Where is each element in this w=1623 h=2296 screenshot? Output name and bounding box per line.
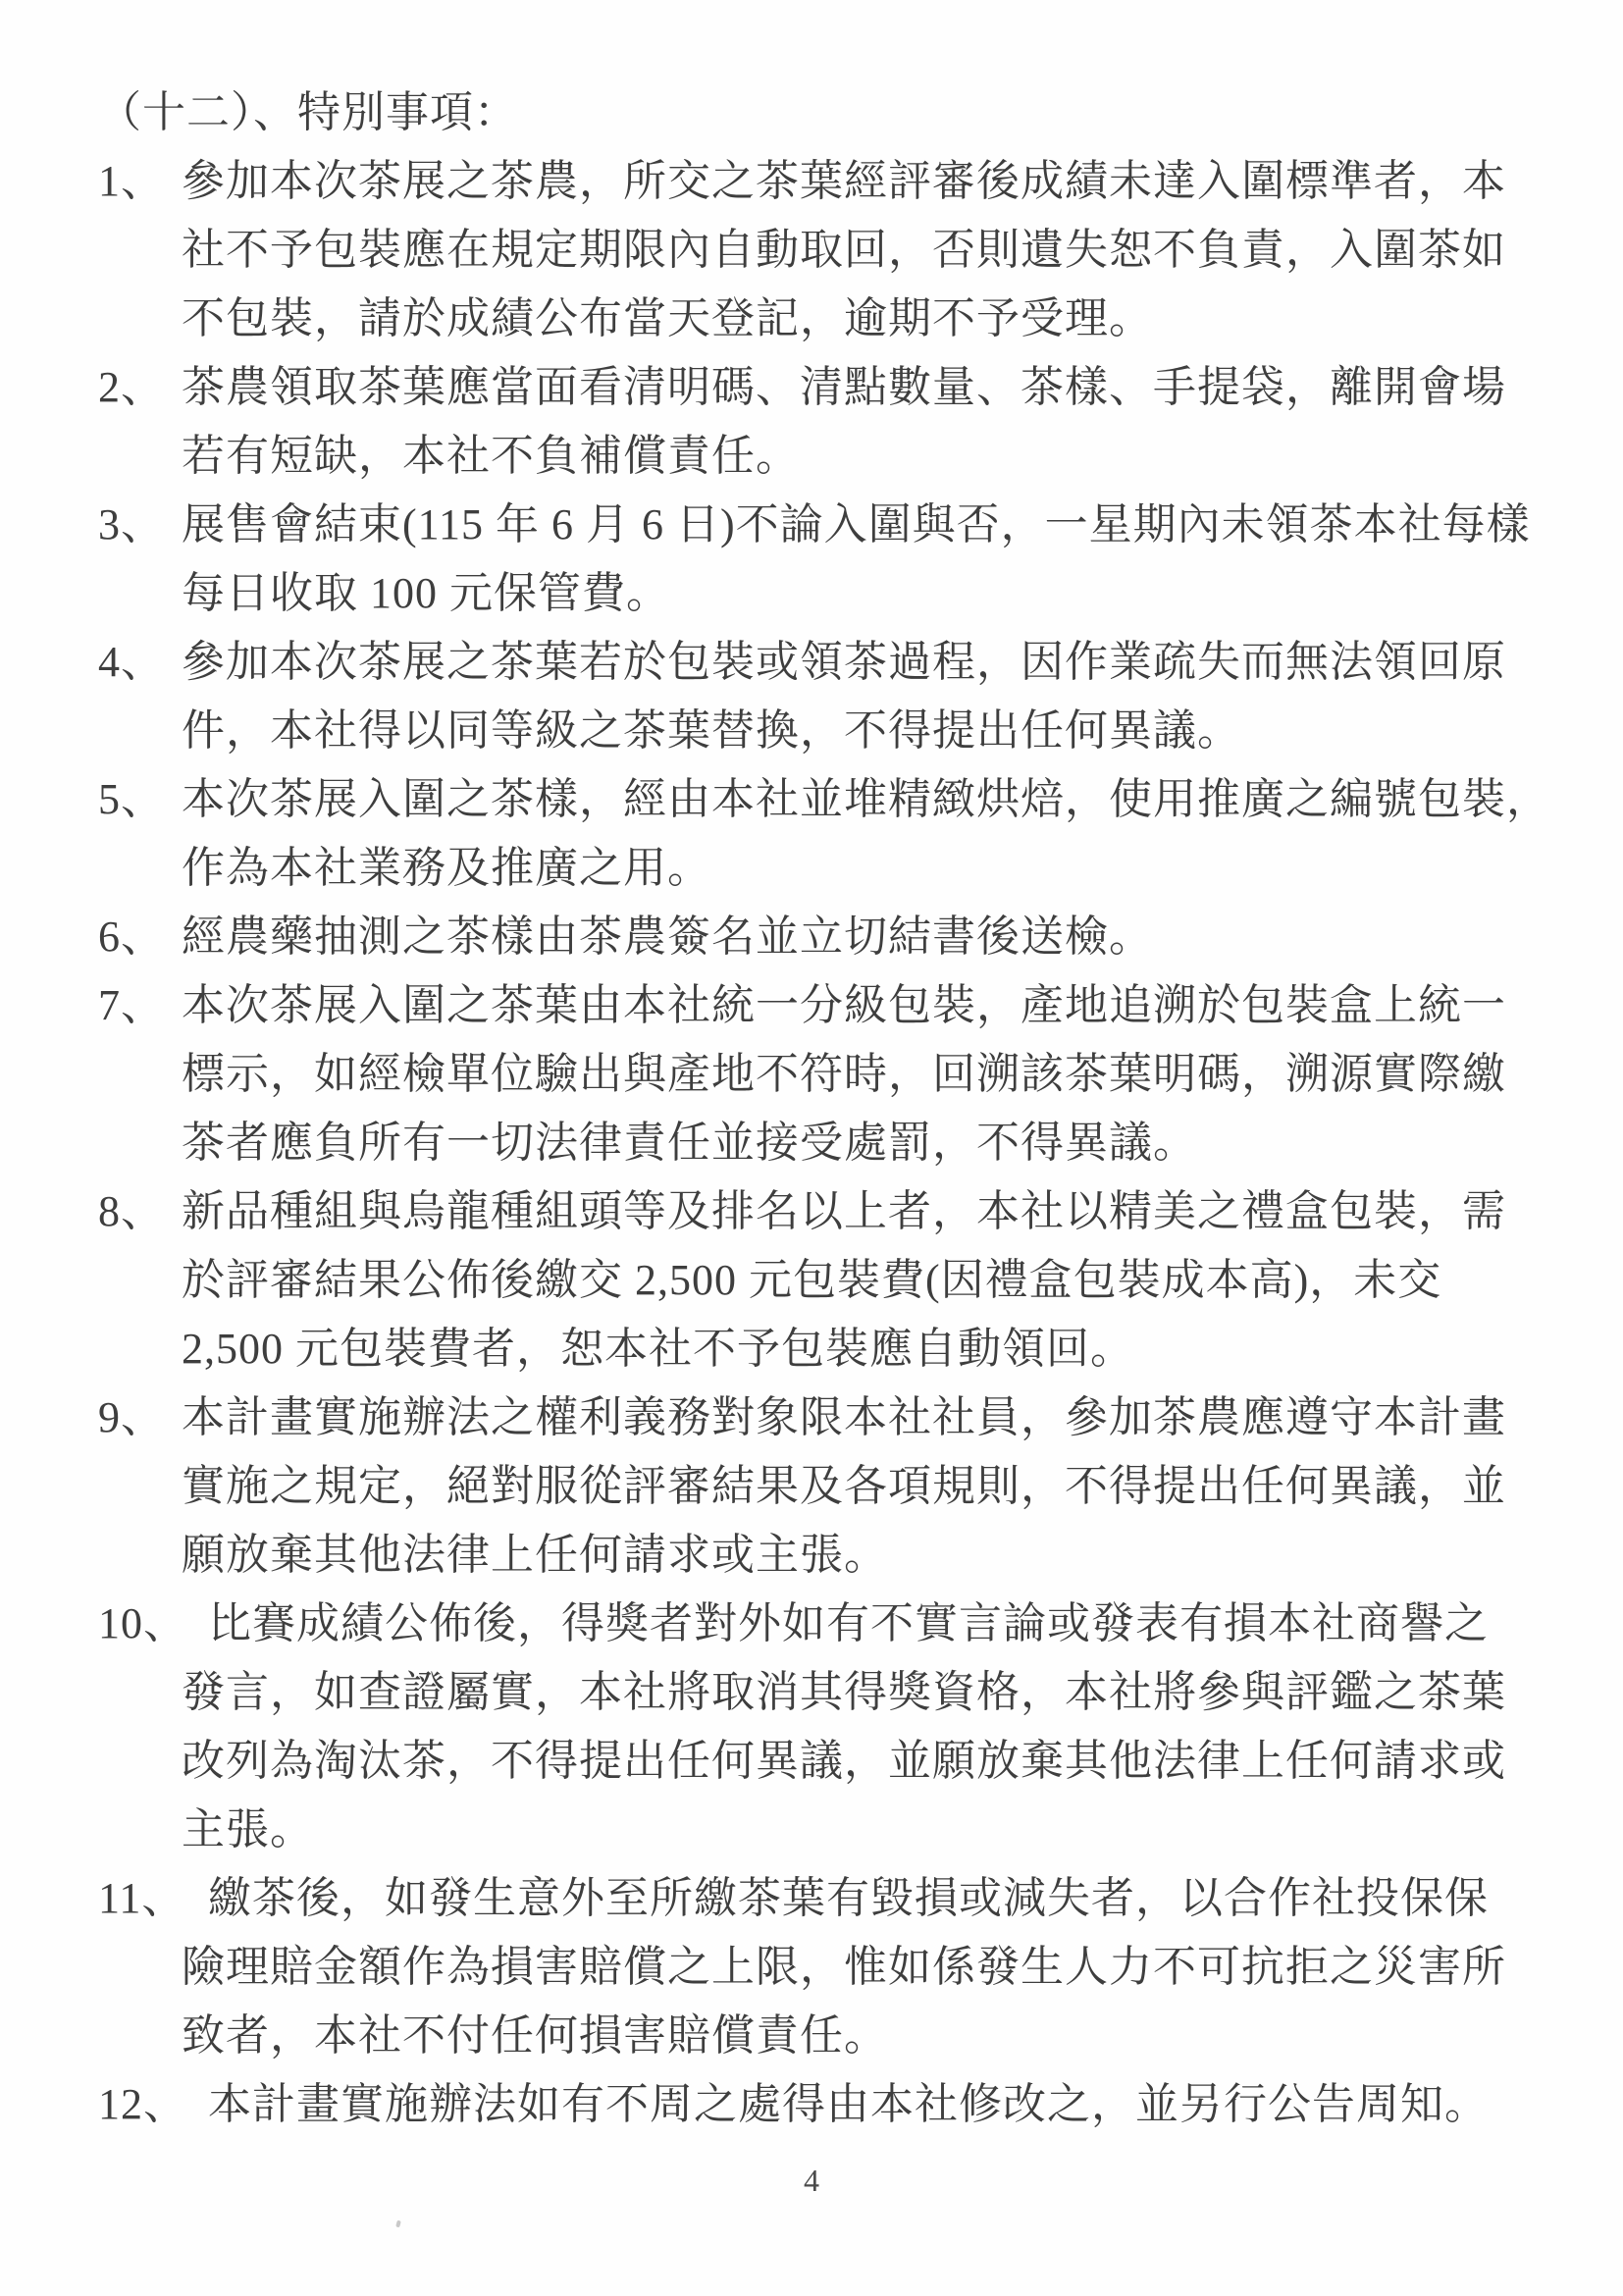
item-text: 2,500 元包裝費者，恕本社不予包裝應自動領回。 — [182, 1325, 1134, 1373]
item-line: 改列為淘汰茶，不得提出任何異議，並願放棄其他法律上任何請求或 — [98, 1727, 1541, 1796]
item-number: 3、 — [98, 491, 182, 559]
item-text: 願放棄其他法律上任何請求或主張。 — [182, 1531, 888, 1579]
item-line: 作為本社業務及推廣之用。 — [98, 834, 1541, 903]
item-number: 10、 — [98, 1590, 208, 1658]
item-line: 險理賠金額作為損害賠償之上限，惟如係發生人力不可抗拒之災害所 — [98, 1933, 1541, 2002]
item-line: 每日收取 100 元保管費。 — [98, 559, 1541, 628]
item-line: 致者，本社不付任何損害賠償責任。 — [98, 2002, 1541, 2070]
item-number: 11、 — [98, 1864, 208, 1933]
item-line: 9、本計畫實施辦法之權利義務對象限本社社員，參加茶農應遵守本計畫 — [98, 1383, 1541, 1452]
item-text: 不包裝，請於成績公布當天登記，逾期不予受理。 — [182, 294, 1153, 342]
item-text: 參加本次茶展之茶農，所交之茶葉經評審後成績未達入圍標準者，本 — [182, 157, 1506, 205]
item-text: 參加本次茶展之茶葉若於包裝或領茶過程，因作業疏失而無法領回原 — [182, 638, 1506, 686]
item-number: 9、 — [98, 1383, 182, 1452]
item-line: 實施之規定，絕對服從評審結果及各項規則，不得提出任何異議，並 — [98, 1452, 1541, 1521]
item-number: 6、 — [98, 903, 182, 971]
item-line: 社不予包裝應在規定期限內自動取回，否則遺失恕不負責，入圍茶如 — [98, 216, 1541, 285]
item-text: 新品種組與烏龍種組頭等及排名以上者，本社以精美之禮盒包裝，需 — [182, 1187, 1506, 1235]
item-text: 社不予包裝應在規定期限內自動取回，否則遺失恕不負責，入圍茶如 — [182, 226, 1506, 274]
document-content: （十二）、特別事項： 1、參加本次茶展之茶農，所交之茶葉經評審後成績未達入圍標準… — [98, 78, 1541, 2139]
item-line: 不包裝，請於成績公布當天登記，逾期不予受理。 — [98, 285, 1541, 353]
item-line: 12、本計畫實施辦法如有不周之處得由本社修改之，並另行公告周知。 — [98, 2070, 1541, 2139]
item-text: 比賽成績公佈後，得獎者對外如有不實言論或發表有損本社商譽之 — [208, 1599, 1489, 1647]
item-text: 標示，如經檢單位驗出與產地不符時，回溯該茶葉明碼，溯源實際繳 — [182, 1050, 1506, 1098]
item-line: 主張。 — [98, 1796, 1541, 1864]
item-number: 12、 — [98, 2070, 208, 2139]
item-text: 本計畫實施辦法如有不周之處得由本社修改之，並另行公告周知。 — [208, 2080, 1489, 2128]
item-text: 每日收取 100 元保管費。 — [182, 569, 670, 617]
item-text: 本次茶展入圍之茶樣，經由本社並堆精緻烘焙，使用推廣之編號包裝， — [182, 775, 1550, 823]
item-line: 8、新品種組與烏龍種組頭等及排名以上者，本社以精美之禮盒包裝，需 — [98, 1177, 1541, 1246]
item-text: 展售會結束(115 年 6 月 6 日)不論入圍與否，一星期內未領茶本社每樣 — [182, 500, 1531, 548]
item-line: 7、本次茶展入圍之茶葉由本社統一分級包裝，產地追溯於包裝盒上統一 — [98, 971, 1541, 1040]
document-page: （十二）、特別事項： 1、參加本次茶展之茶農，所交之茶葉經評審後成績未達入圍標準… — [0, 0, 1623, 2296]
item-text: 於評審結果公佈後繳交 2,500 元包裝費(因禮盒包裝成本高)，未交 — [182, 1256, 1441, 1304]
item-text: 本計畫實施辦法之權利義務對象限本社社員，參加茶農應遵守本計畫 — [182, 1393, 1506, 1441]
item-line: 10、比賽成績公佈後，得獎者對外如有不實言論或發表有損本社商譽之 — [98, 1590, 1541, 1658]
item-line: 11、繳茶後，如發生意外至所繳茶葉有毀損或減失者，以合作社投保保 — [98, 1864, 1541, 1933]
item-text: 茶者應負所有一切法律責任並接受處罰，不得異議。 — [182, 1119, 1197, 1167]
item-text: 茶農領取茶葉應當面看清明碼、清點數量、茶樣、手提袋，離開會場 — [182, 363, 1506, 411]
item-number: 2、 — [98, 353, 182, 422]
item-text: 繳茶後，如發生意外至所繳茶葉有毀損或減失者，以合作社投保保 — [208, 1874, 1489, 1922]
item-text: 改列為淘汰茶，不得提出任何異議，並願放棄其他法律上任何請求或 — [182, 1737, 1506, 1785]
item-line: 2,500 元包裝費者，恕本社不予包裝應自動領回。 — [98, 1315, 1541, 1383]
item-line: 6、經農藥抽測之茶樣由茶農簽名並立切結書後送檢。 — [98, 903, 1541, 971]
item-line: 5、本次茶展入圍之茶樣，經由本社並堆精緻烘焙，使用推廣之編號包裝， — [98, 765, 1541, 834]
item-text: 本次茶展入圍之茶葉由本社統一分級包裝，產地追溯於包裝盒上統一 — [182, 981, 1506, 1029]
item-line: 願放棄其他法律上任何請求或主張。 — [98, 1521, 1541, 1590]
item-text: 主張。 — [182, 1805, 314, 1853]
item-number: 5、 — [98, 765, 182, 834]
item-line: 4、參加本次茶展之茶葉若於包裝或領茶過程，因作業疏失而無法領回原 — [98, 628, 1541, 697]
item-text: 發言，如查證屬實，本社將取消其得獎資格，本社將參與評鑑之茶葉 — [182, 1668, 1506, 1716]
item-number: 7、 — [98, 971, 182, 1040]
section-heading: （十二）、特別事項： — [98, 78, 1541, 147]
item-line: 若有短缺，本社不負補償責任。 — [98, 422, 1541, 491]
item-text: 險理賠金額作為損害賠償之上限，惟如係發生人力不可抗拒之災害所 — [182, 1943, 1506, 1991]
item-number: 1、 — [98, 147, 182, 216]
scan-speck — [395, 2220, 401, 2228]
item-text: 致者，本社不付任何損害賠償責任。 — [182, 2011, 888, 2060]
item-text: 若有短缺，本社不負補償責任。 — [182, 432, 800, 480]
item-text: 經農藥抽測之茶樣由茶農簽名並立切結書後送檢。 — [182, 913, 1153, 961]
item-text: 件，本社得以同等級之茶葉替換，不得提出任何異議。 — [182, 706, 1241, 755]
item-line: 發言，如查證屬實，本社將取消其得獎資格，本社將參與評鑑之茶葉 — [98, 1658, 1541, 1727]
item-text: 實施之規定，絕對服從評審結果及各項規則，不得提出任何異議，並 — [182, 1462, 1506, 1510]
item-text: 作為本社業務及推廣之用。 — [182, 844, 711, 892]
page-number: 4 — [0, 2157, 1623, 2204]
item-line: 1、參加本次茶展之茶農，所交之茶葉經評審後成績未達入圍標準者，本 — [98, 147, 1541, 216]
item-line: 件，本社得以同等級之茶葉替換，不得提出任何異議。 — [98, 697, 1541, 765]
item-line: 茶者應負所有一切法律責任並接受處罰，不得異議。 — [98, 1109, 1541, 1177]
item-number: 8、 — [98, 1177, 182, 1246]
item-line: 2、茶農領取茶葉應當面看清明碼、清點數量、茶樣、手提袋，離開會場 — [98, 353, 1541, 422]
item-line: 3、展售會結束(115 年 6 月 6 日)不論入圍與否，一星期內未領茶本社每樣 — [98, 491, 1541, 559]
item-line: 標示，如經檢單位驗出與產地不符時，回溯該茶葉明碼，溯源實際繳 — [98, 1040, 1541, 1109]
item-number: 4、 — [98, 628, 182, 697]
item-line: 於評審結果公佈後繳交 2,500 元包裝費(因禮盒包裝成本高)，未交 — [98, 1246, 1541, 1315]
